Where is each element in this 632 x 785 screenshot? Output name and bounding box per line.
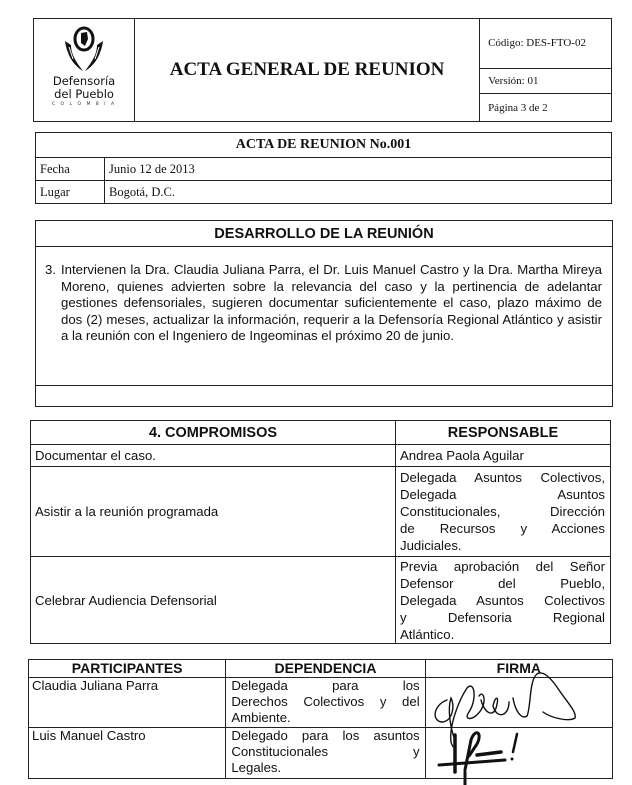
resp-line: y Defensoria Regional: [400, 609, 605, 626]
responsable-header: RESPONSABLE: [396, 421, 611, 445]
participantes-header: PARTICIPANTES: [29, 660, 226, 678]
participant-name: Luis Manuel Castro: [29, 728, 226, 779]
resp-line: Judiciales.: [400, 537, 605, 554]
compromiso-responsable: Andrea Paola Aguilar: [396, 445, 611, 467]
item-number: 3.: [45, 262, 61, 345]
document-header: Defensoría del Pueblo C O L O M B I A AC…: [33, 18, 612, 122]
hands-map-icon: [61, 25, 107, 75]
resp-line: Previa aprobación del Señor: [400, 558, 605, 575]
resp-line: Delegada Asuntos: [400, 486, 605, 503]
dep-line: Derechos Colectivos y del: [231, 694, 419, 710]
logo-line2: del Pueblo: [54, 88, 114, 101]
resp-line: de Recursos y Acciones: [400, 520, 605, 537]
resp-line: Constitucionales, Dirección: [400, 503, 605, 520]
acta-row-lugar: Lugar Bogotá, D.C.: [36, 181, 612, 204]
table-row: Luis Manuel Castro Delegado para los asu…: [29, 728, 613, 779]
defensoria-logo: Defensoría del Pueblo C O L O M B I A: [34, 19, 134, 107]
compromiso-responsable: Previa aprobación del Señor Defensor del…: [396, 557, 611, 644]
acta-title: ACTA DE REUNION No.001: [36, 133, 612, 158]
compromiso-task: Celebrar Audiencia Defensorial: [31, 557, 396, 644]
dep-line: Ambiente.: [231, 710, 419, 726]
pagina-field: Página 3 de 2: [480, 94, 612, 122]
document-title: ACTA GENERAL DE REUNION: [135, 19, 480, 122]
lugar-value: Bogotá, D.C.: [105, 181, 612, 204]
desarrollo-table: DESARROLLO DE LA REUNIÓN 3. Intervienen …: [35, 220, 613, 407]
acta-table: ACTA DE REUNION No.001 Fecha Junio 12 de…: [35, 132, 612, 204]
dep-line: Constitucionales y: [231, 744, 419, 760]
compromisos-table: 4. COMPROMISOS RESPONSABLE Documentar el…: [30, 420, 611, 644]
table-row: Asistir a la reunión programada Delegada…: [31, 467, 611, 557]
table-row: Claudia Juliana Parra Delegada para los …: [29, 678, 613, 728]
logo-cell: Defensoría del Pueblo C O L O M B I A: [34, 19, 135, 122]
signature-cell: [425, 678, 612, 728]
resp-line: Defensor del Pueblo,: [400, 575, 605, 592]
lugar-label: Lugar: [36, 181, 105, 204]
resp-line: Andrea Paola Aguilar: [400, 447, 605, 464]
desarrollo-empty-row: [36, 386, 613, 407]
compromisos-header: 4. COMPROMISOS: [31, 421, 396, 445]
dep-line: Delegado para los asuntos: [231, 728, 419, 744]
resp-line: Delegada Asuntos Colectivos: [400, 592, 605, 609]
compromiso-task: Asistir a la reunión programada: [31, 467, 396, 557]
participant-name: Claudia Juliana Parra: [29, 678, 226, 728]
resp-line: Atlántico.: [400, 626, 605, 643]
version-field: Versión: 01: [480, 68, 612, 93]
participant-dependencia: Delegada para los Derechos Colectivos y …: [226, 678, 425, 728]
dependencia-header: DEPENDENCIA: [226, 660, 425, 678]
compromiso-task: Documentar el caso.: [31, 445, 396, 467]
codigo-field: Código: DES-FTO-02: [480, 19, 612, 69]
fecha-label: Fecha: [36, 158, 105, 181]
table-row: Celebrar Audiencia Defensorial Previa ap…: [31, 557, 611, 644]
compromiso-responsable: Delegada Asuntos Colectivos, Delegada As…: [396, 467, 611, 557]
acta-row-fecha: Fecha Junio 12 de 2013: [36, 158, 612, 181]
resp-line: Delegada Asuntos Colectivos,: [400, 469, 605, 486]
participantes-table: PARTICIPANTES DEPENDENCIA FIRMA Claudia …: [28, 659, 613, 779]
dep-line: Delegada para los: [231, 678, 419, 694]
signature-cell: [425, 728, 612, 779]
desarrollo-body: 3. Intervienen la Dra. Claudia Juliana P…: [36, 247, 613, 386]
table-row: Documentar el caso. Andrea Paola Aguilar: [31, 445, 611, 467]
fecha-value: Junio 12 de 2013: [105, 158, 612, 181]
participant-dependencia: Delegado para los asuntos Constitucional…: [226, 728, 425, 779]
desarrollo-title: DESARROLLO DE LA REUNIÓN: [36, 221, 613, 247]
dep-line: Legales.: [231, 760, 419, 776]
logo-subline: C O L O M B I A: [52, 102, 116, 107]
item-text: Intervienen la Dra. Claudia Juliana Parr…: [61, 262, 602, 345]
firma-header: FIRMA: [425, 660, 612, 678]
